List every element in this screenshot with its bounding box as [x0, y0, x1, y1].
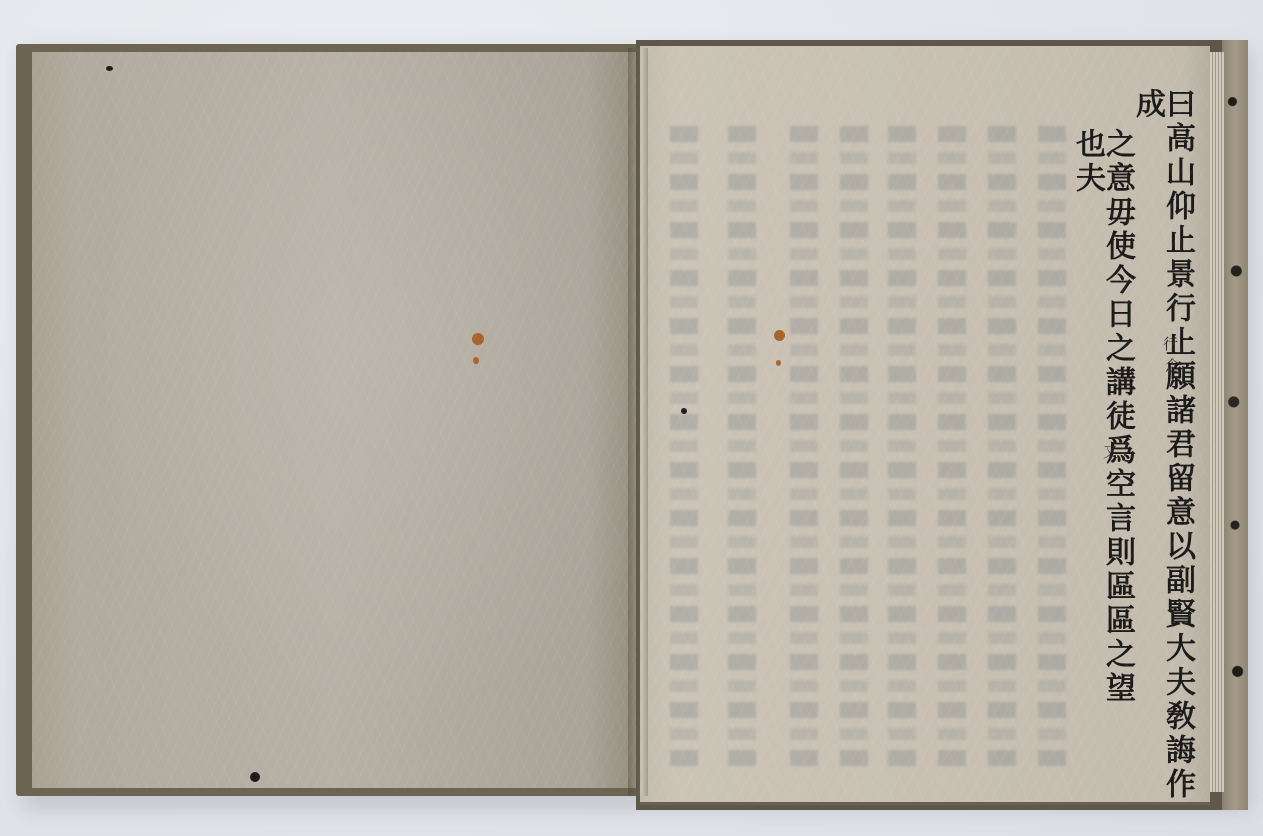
- right-page-written: 曰高山仰止景行止願諸君留意以副賢大夫敎誨作成 之意毋使今日之講徒爲空言則區區之望…: [640, 46, 1210, 805]
- rust-stain: [774, 330, 785, 341]
- annotation-mark: 又: [1102, 444, 1117, 459]
- bleed-through-column: [840, 126, 868, 766]
- bleed-through-column: [728, 126, 756, 766]
- book-gutter: [628, 48, 648, 796]
- text-column-1: 曰高山仰止景行止願諸君留意以副賢大夫敎誨作成: [1132, 88, 1192, 808]
- bleed-through-column: [888, 126, 916, 766]
- rust-stain: [472, 333, 484, 345]
- ink-spot: [106, 66, 113, 71]
- annotation-mark: 念: [1164, 358, 1179, 373]
- text-column-2: 之意毋使今日之講徒爲空言則區區之望也夫: [1072, 128, 1132, 728]
- bleed-through-column: [1038, 126, 1066, 766]
- bleed-through-column: [670, 126, 698, 766]
- bleed-through-column: [790, 126, 818, 766]
- rust-stain: [473, 357, 479, 364]
- bleed-through-column: [988, 126, 1016, 766]
- annotation-mark: 行: [1162, 336, 1177, 351]
- bleed-through-column: [938, 126, 966, 766]
- page-edges: [1210, 52, 1224, 792]
- ink-spot: [681, 408, 687, 414]
- left-page-blank: [32, 52, 636, 788]
- rust-stain: [776, 360, 781, 366]
- ink-spot: [250, 772, 260, 782]
